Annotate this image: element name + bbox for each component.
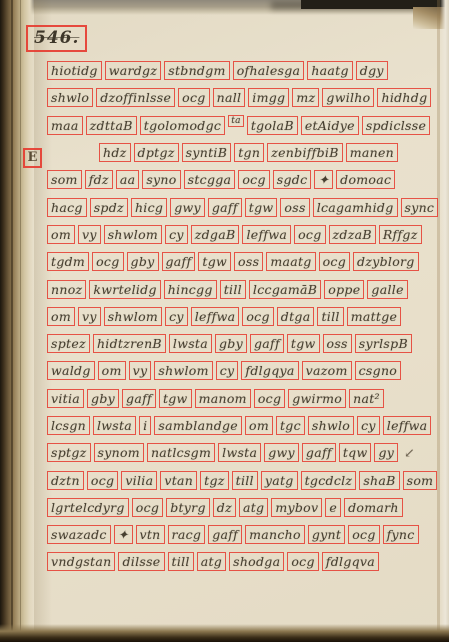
word-box[interactable]: gaff (208, 525, 242, 544)
word-box[interactable]: till (232, 471, 258, 490)
word-box[interactable]: gby (215, 334, 247, 353)
text-line: vndgstandilssetillatgshodgaocgfdlgqva (47, 548, 443, 575)
word-box[interactable]: gwirmo (288, 389, 346, 408)
word-box[interactable]: zenbiffbiB (267, 143, 342, 162)
word-box[interactable]: atg (239, 498, 268, 517)
word-box[interactable]: tgw (245, 198, 278, 217)
word-box[interactable]: dzyblorg (353, 252, 419, 271)
text-line: shwlodzoffinlsseocgnallimggmzgwilhohidhd… (47, 84, 443, 111)
word-box[interactable]: shwlo (47, 88, 93, 107)
word-box[interactable]: dilsse (118, 552, 164, 571)
text-line: lgrtelcdyrgocgbtyrgdzatgmybovedomarh (47, 494, 443, 521)
word-box[interactable]: om (245, 416, 273, 435)
word-box[interactable]: om (47, 225, 75, 244)
word-box[interactable]: ocg (287, 552, 318, 571)
word-box[interactable]: cy (165, 225, 188, 244)
word-box[interactable]: maa (47, 116, 83, 135)
word-box[interactable]: ocg (254, 389, 285, 408)
word-box[interactable]: shwlo (308, 416, 354, 435)
word-box[interactable]: vy (78, 307, 101, 326)
word-box[interactable]: e (325, 498, 341, 517)
word-box[interactable]: cy (216, 361, 239, 380)
word-box[interactable]: leffwa (383, 416, 432, 435)
word-box[interactable]: gaff (162, 252, 196, 271)
word-box[interactable]: tgw (287, 334, 320, 353)
word-box[interactable]: ocg (242, 307, 273, 326)
word-box[interactable]: hiotidg (47, 61, 102, 80)
manuscript-scan-view: 546. E hiotidgwardgzstbndgmofhalesgahaat… (0, 0, 449, 642)
word-box[interactable]: stcgga (184, 170, 236, 189)
word-box[interactable]: lwsta (218, 443, 261, 462)
word-box[interactable]: dgy (356, 61, 388, 80)
word-box[interactable]: galle (367, 280, 407, 299)
word-box[interactable]: etAidye (301, 116, 359, 135)
word-box[interactable]: tgw (198, 252, 231, 271)
word-box[interactable]: zdgaB (191, 225, 240, 244)
word-box[interactable]: dtga (277, 307, 315, 326)
word-box[interactable]: gwy (170, 198, 205, 217)
word-box[interactable]: sptgz (47, 443, 91, 462)
word-box[interactable]: tgz (200, 471, 229, 490)
word-box[interactable]: hicg (131, 198, 167, 217)
word-box[interactable]: mattge (347, 307, 402, 326)
word-box[interactable]: domoac (336, 170, 395, 189)
word-box[interactable]: lgrtelcdyrg (47, 498, 129, 517)
word-box[interactable]: hidtzrenB (93, 334, 166, 353)
word-box[interactable]: dzoffinlsse (96, 88, 175, 107)
word-box[interactable]: zdzaB (329, 225, 376, 244)
word-box[interactable]: syrlspB (355, 334, 412, 353)
word-box[interactable]: mybov (271, 498, 322, 517)
word-box[interactable]: tqw (339, 443, 372, 462)
word-box[interactable]: ocg (319, 252, 350, 271)
word-box[interactable]: vy (78, 225, 101, 244)
word-box[interactable]: tgcdclz (301, 471, 357, 490)
word-box[interactable]: atg (197, 552, 226, 571)
word-box[interactable]: shwlom (104, 225, 162, 244)
word-box[interactable]: leffwa (242, 225, 291, 244)
word-box[interactable]: cy (165, 307, 188, 326)
word-box[interactable]: hacg (47, 198, 87, 217)
word-box[interactable]: nat² (349, 389, 384, 408)
word-box[interactable]: dz (213, 498, 236, 517)
word-box[interactable]: till (220, 280, 246, 299)
word-box[interactable]: hdz (99, 143, 131, 162)
word-box[interactable]: zdttaB (86, 116, 137, 135)
word-box[interactable]: shwlom (154, 361, 212, 380)
text-line: nnozkwrtelidghincggtilllccgamāBoppegalle (47, 275, 443, 302)
word-box[interactable]: maatg (266, 252, 315, 271)
word-box[interactable]: oppe (324, 280, 364, 299)
word-box[interactable]: sync (401, 198, 439, 217)
word-box[interactable]: racg (168, 525, 206, 544)
word-box[interactable]: ofhalesga (233, 61, 305, 80)
word-box[interactable]: som (47, 170, 82, 189)
word-box[interactable]: tgw (159, 389, 192, 408)
word-box[interactable]: imgg (248, 88, 289, 107)
word-box[interactable]: swazadc (47, 525, 111, 544)
word-box[interactable]: kwrtelidg (89, 280, 160, 299)
word-box[interactable]: wardgz (105, 61, 162, 80)
text-line: somfdzaasynostcggaocgsgdc✦domoac (47, 166, 443, 193)
word-box[interactable]: synom (94, 443, 144, 462)
word-box[interactable]: ✦ (314, 170, 333, 189)
word-box[interactable]: ocg (238, 170, 269, 189)
word-box[interactable]: gaff (122, 389, 156, 408)
text-line: waldgomvyshwlomcyfdlgqyavazomcsgno (47, 357, 443, 384)
word-box[interactable]: ocg (92, 252, 123, 271)
word-box[interactable]: vtn (136, 525, 165, 544)
word-box[interactable]: domarh (344, 498, 403, 517)
word-box-superscript[interactable]: ta (228, 115, 244, 127)
word-box[interactable]: gaff (208, 198, 242, 217)
spine-crease (11, 0, 13, 642)
word-box[interactable]: till (317, 307, 343, 326)
word-box[interactable]: tgn (234, 143, 264, 162)
word-box[interactable]: manen (346, 143, 398, 162)
scan-bottom-edge (0, 624, 449, 642)
word-box[interactable]: samblandge (154, 416, 242, 435)
word-box[interactable]: nall (213, 88, 246, 107)
word-box[interactable]: vtan (160, 471, 197, 490)
word-box[interactable]: yatg (261, 471, 298, 490)
word-box[interactable]: lwsta (93, 416, 136, 435)
word-box[interactable]: dptgz (134, 143, 179, 162)
word-box[interactable]: syntiB (182, 143, 232, 162)
word-box[interactable]: lwsta (169, 334, 212, 353)
text-line: vitiagbygafftgwmanomocggwirmonat² (47, 385, 443, 412)
text-line: omvyshwlomcyzdgaBleffwaocgzdzaBRffgz (47, 221, 443, 248)
spine-crease (20, 0, 21, 642)
word-box[interactable]: fdz (85, 170, 113, 189)
word-box[interactable]: gynt (308, 525, 345, 544)
word-box[interactable]: fdlgqva (322, 552, 379, 571)
word-box[interactable]: sgdc (273, 170, 312, 189)
stray-mark: ↙ (401, 444, 418, 461)
word-box[interactable]: till (168, 552, 194, 571)
word-box[interactable]: leffwa (191, 307, 240, 326)
word-box[interactable]: gaff (302, 443, 336, 462)
word-box[interactable]: gby (127, 252, 159, 271)
book-spine-gutter (0, 0, 34, 642)
word-box[interactable]: ocg (294, 225, 325, 244)
word-box[interactable]: waldg (47, 361, 95, 380)
word-box[interactable]: ✦ (114, 525, 133, 544)
word-box[interactable]: dztn (47, 471, 84, 490)
word-box[interactable]: Rffgz (379, 225, 422, 244)
text-line: sptgzsynomnatlcsgmlwstagwygafftqwgy↙ (47, 439, 443, 466)
word-box[interactable]: syno (142, 170, 180, 189)
word-box[interactable]: lcsgn (47, 416, 90, 435)
text-line: hdzdptgzsyntiBtgnzenbiffbiBmanen (47, 139, 443, 166)
word-box[interactable]: om (47, 307, 75, 326)
word-box[interactable]: hincgg (164, 280, 217, 299)
word-box[interactable]: tgolaB (247, 116, 298, 135)
word-box[interactable]: shwlom (104, 307, 162, 326)
text-line: omvyshwlomcyleffwaocgdtgatillmattge (47, 303, 443, 330)
word-box[interactable]: csgno (355, 361, 402, 380)
word-box[interactable]: som (403, 471, 438, 490)
word-box[interactable]: ocg (132, 498, 163, 517)
page-number-box[interactable]: 546. (26, 25, 87, 52)
word-box[interactable]: shaB (359, 471, 399, 490)
text-line: lcsgnlwstaisamblandgeomtgcshwlocyleffwa (47, 412, 443, 439)
word-box[interactable]: cy (357, 416, 380, 435)
text-line: swazadc✦vtnracggaffmanchogyntocgfync (47, 521, 443, 548)
word-box[interactable]: stbndgm (164, 61, 229, 80)
text-line: maazdttaBtgolomodgctatgolaBetAidyespdicl… (47, 112, 443, 139)
word-box[interactable]: manom (195, 389, 251, 408)
word-box[interactable]: gby (87, 389, 119, 408)
word-box[interactable]: gy (374, 443, 398, 462)
text-line: hiotidgwardgzstbndgmofhalesgahaatgdgy (47, 57, 443, 84)
word-box[interactable]: fync (383, 525, 419, 544)
word-box[interactable]: haatg (307, 61, 352, 80)
word-box[interactable]: ocg (87, 471, 118, 490)
word-box[interactable]: tgdm (47, 252, 89, 271)
margin-mark-box[interactable]: E (23, 148, 42, 168)
word-box[interactable]: ocg (348, 525, 379, 544)
word-box[interactable]: tgc (276, 416, 305, 435)
word-box[interactable]: gaff (250, 334, 284, 353)
word-box[interactable]: lccgamāB (249, 280, 321, 299)
word-box[interactable]: btyrg (166, 498, 210, 517)
word-box[interactable]: nnoz (47, 280, 86, 299)
word-box[interactable]: oss (280, 198, 309, 217)
text-line: tgdmocggbygafftgwossmaatgocgdzyblorg (47, 248, 443, 275)
word-box[interactable]: mancho (245, 525, 305, 544)
word-box[interactable]: oss (323, 334, 352, 353)
word-box[interactable]: fdlgqya (241, 361, 298, 380)
word-box[interactable]: mz (292, 88, 319, 107)
word-box[interactable]: shodga (229, 552, 284, 571)
text-line: dztnocgviliavtantgztillyatgtgcdclzshaBso… (47, 466, 443, 493)
word-box[interactable]: gwy (264, 443, 299, 462)
word-box[interactable]: ocg (178, 88, 209, 107)
word-box[interactable]: lcagamhidg (313, 198, 398, 217)
word-box[interactable]: vilia (121, 471, 157, 490)
text-line: hacgspdzhicggwygafftgwosslcagamhidgsync (47, 193, 443, 220)
word-box[interactable]: vndgstan (47, 552, 115, 571)
text-line: sptezhidtzrenBlwstagbygafftgwosssyrlspB (47, 330, 443, 357)
text-block: hiotidgwardgzstbndgmofhalesgahaatgdgyshw… (47, 57, 443, 576)
word-box[interactable]: aa (116, 170, 140, 189)
word-box[interactable]: oss (234, 252, 263, 271)
word-box[interactable]: sptez (47, 334, 90, 353)
word-box[interactable]: vazom (302, 361, 352, 380)
word-box[interactable]: vy (129, 361, 152, 380)
word-box[interactable]: spdz (90, 198, 128, 217)
word-box[interactable]: i (139, 416, 151, 435)
word-box[interactable]: om (98, 361, 126, 380)
word-box[interactable]: tgolomodgc (140, 116, 225, 135)
word-box[interactable]: hidhdg (377, 88, 431, 107)
word-box[interactable]: spdiclsse (362, 116, 430, 135)
word-box[interactable]: gwilho (322, 88, 374, 107)
word-box[interactable]: natlcsgm (147, 443, 215, 462)
word-box[interactable]: vitia (47, 389, 84, 408)
